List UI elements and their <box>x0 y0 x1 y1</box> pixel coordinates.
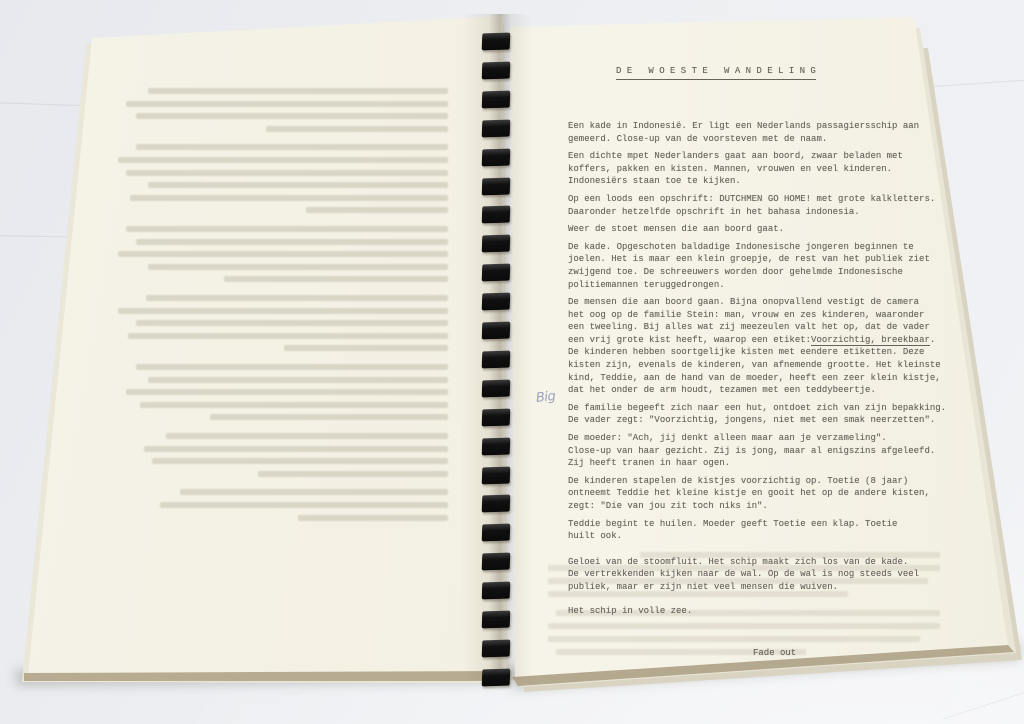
ghost-line <box>148 377 448 383</box>
ghost-line <box>224 276 448 282</box>
ghost-line <box>180 489 448 495</box>
script-line: Teddie begint te huilen. Moeder geeft To… <box>568 518 950 531</box>
comb-binding-tooth <box>482 466 511 484</box>
paragraph: De moeder: "Ach, jij denkt alleen maar a… <box>568 432 950 470</box>
script-line: De kade. Opgeschoten baldadige Indonesis… <box>568 241 950 254</box>
script-line: De vertrekkenden kijken naar de wal. Op … <box>568 568 950 581</box>
script-line: De moeder: "Ach, jij denkt alleen maar a… <box>568 432 950 445</box>
ghost-line <box>140 402 448 408</box>
script-line: ontneemt Teddie het kleine kistje en goo… <box>568 487 950 500</box>
comb-binding-tooth <box>482 610 511 628</box>
comb-binding-tooth <box>482 148 511 166</box>
script-line: Geloei van de stoomfluit. Het schip maak… <box>568 556 950 569</box>
ghost-line <box>148 182 448 188</box>
comb-binding-tooth <box>482 293 511 311</box>
ghost-line <box>118 157 448 163</box>
ghost-line <box>146 295 448 301</box>
paragraph: Een kade in Indonesië. Er ligt een Neder… <box>568 120 950 145</box>
comb-binding-tooth <box>482 32 511 50</box>
script-line: Op een loods een opschrift: DUTCHMEN GO … <box>568 193 950 206</box>
script-line: zegt: "Die van jou zit toch niks in". <box>568 500 950 513</box>
paragraph: Teddie begint te huilen. Moeder geeft To… <box>568 518 950 543</box>
script-line: kind, Teddie, aan de hand van de moeder,… <box>568 372 950 385</box>
ghost-line <box>148 264 448 270</box>
comb-binding-tooth <box>482 90 511 108</box>
typed-script: D E W O E S T E W A N D E L I N G Een ka… <box>568 40 950 685</box>
comb-binding-tooth <box>482 639 511 657</box>
ghost-line <box>118 308 448 314</box>
paragraph: Een dichte mpet Nederlanders gaat aan bo… <box>568 150 950 188</box>
comb-binding-tooth <box>482 379 511 397</box>
comb-binding-tooth <box>482 61 511 79</box>
ghost-line <box>126 170 448 176</box>
script-line: huilt ook. <box>568 530 950 543</box>
script-line: een vrij grote kist heeft, waarop een et… <box>568 334 950 347</box>
script-paragraphs: Een kade in Indonesië. Er ligt een Neder… <box>568 120 950 617</box>
script-line: Close-up van haar gezicht. Zij is jong, … <box>568 445 950 458</box>
paragraph: Geloei van de stoomfluit. Het schip maak… <box>568 556 950 594</box>
paragraph: De kade. Opgeschoten baldadige Indonesis… <box>568 241 950 291</box>
script-line: gemeerd. Close-up van de voorsteven met … <box>568 133 950 146</box>
ghost-line <box>298 515 448 521</box>
script-line: koffers, pakken en kisten. Mannen, vrouw… <box>568 163 950 176</box>
backdrop-seam-line <box>943 681 1024 719</box>
title-row: D E W O E S T E W A N D E L I N G <box>568 65 950 80</box>
ghost-line <box>136 144 448 150</box>
ghost-line <box>136 320 448 326</box>
paragraph: Weer de stoet mensen die aan boord gaat. <box>568 223 950 236</box>
comb-binding-tooth <box>482 177 511 195</box>
script-line: Zij heeft tranen in haar ogen. <box>568 457 950 470</box>
comb-binding-tooth <box>482 495 511 513</box>
script-line: het oog op de familie Stein: man, vrouw … <box>568 309 950 322</box>
comb-binding-tooth <box>482 235 511 253</box>
script-line: een tweeling. Bij alles wat zij meezeule… <box>568 321 950 334</box>
ghost-line <box>144 446 448 452</box>
ghost-line <box>306 207 448 213</box>
comb-binding-tooth <box>482 350 511 368</box>
comb-binding-tooth <box>482 437 511 455</box>
script-line: Een dichte mpet Nederlanders gaat aan bo… <box>568 150 950 163</box>
ghost-line <box>128 333 448 339</box>
ghost-line <box>126 389 448 395</box>
comb-binding-tooth <box>482 553 511 571</box>
ghost-line <box>152 458 448 464</box>
fade-out-line: Fade out <box>753 647 950 660</box>
ghost-line <box>166 433 448 439</box>
handwritten-annotation: Big <box>535 390 556 405</box>
comb-binding-tooth <box>482 668 511 686</box>
ghost-line <box>136 364 448 370</box>
ghost-line <box>136 113 448 119</box>
script-line: De kinderen hebben soortgelijke kisten m… <box>568 346 950 359</box>
script-line: De vader zegt: "Voorzichtig, jongens, ni… <box>568 414 950 427</box>
ghost-line <box>130 195 448 201</box>
script-line: kisten zijn, evenals de kinderen, van af… <box>568 359 950 372</box>
ghost-line <box>118 251 448 257</box>
script-line: politiemannen teruggedrongen. <box>568 279 950 292</box>
paragraph: De mensen die aan boord gaan. Bijna onop… <box>568 296 950 397</box>
paragraph: De kinderen stapelen de kistjes voorzich… <box>568 475 950 513</box>
ghost-line <box>136 239 448 245</box>
script-line: Daaronder hetzelfde opschrift in het bah… <box>568 206 950 219</box>
ghost-line <box>258 471 448 477</box>
comb-binding-tooth <box>482 524 511 542</box>
comb-binding-tooth <box>482 119 511 137</box>
ghost-line <box>126 101 448 107</box>
ghost-line <box>148 88 448 94</box>
script-line: Indonesiërs staan toe te kijken. <box>568 175 950 188</box>
script-line: Weer de stoet mensen die aan boord gaat. <box>568 223 950 236</box>
comb-binding-tooth <box>482 206 511 224</box>
page-title: D E W O E S T E W A N D E L I N G <box>616 65 816 80</box>
paragraph: Het schip in volle zee. <box>568 605 950 618</box>
ghost-line <box>126 226 448 232</box>
ghost-line <box>160 502 448 508</box>
script-line: dat het onder de arm houdt, tezamen met … <box>568 384 950 397</box>
script-line: Een kade in Indonesië. Er ligt een Neder… <box>568 120 950 133</box>
script-line: De mensen die aan boord gaan. Bijna onop… <box>568 296 950 309</box>
paragraph: De familie begeeft zich naar een hut, on… <box>568 402 950 427</box>
ghost-line <box>284 345 448 351</box>
script-line: zwijgend toe. De schreeuwers worden door… <box>568 266 950 279</box>
script-line: publiek, maar er zijn niet veel mensen d… <box>568 581 950 594</box>
underlined-label: Voorzichtig, breekbaar <box>811 335 930 346</box>
photo-backdrop: D E W O E S T E W A N D E L I N G Een ka… <box>0 0 1024 724</box>
spine-crease <box>462 14 532 680</box>
ghost-line <box>210 414 448 420</box>
comb-binding-tooth <box>482 582 511 600</box>
comb-binding-tooth <box>482 321 511 339</box>
comb-binding-tooth <box>482 408 511 426</box>
script-line: joelen. Het is maar een klein groepje, d… <box>568 253 950 266</box>
comb-binding-tooth <box>482 264 511 282</box>
ghost-line <box>266 126 448 132</box>
script-line: De familie begeeft zich naar een hut, on… <box>568 402 950 415</box>
script-line: De kinderen stapelen de kistjes voorzich… <box>568 475 950 488</box>
script-line: Het schip in volle zee. <box>568 605 950 618</box>
paragraph: Op een loods een opschrift: DUTCHMEN GO … <box>568 193 950 218</box>
